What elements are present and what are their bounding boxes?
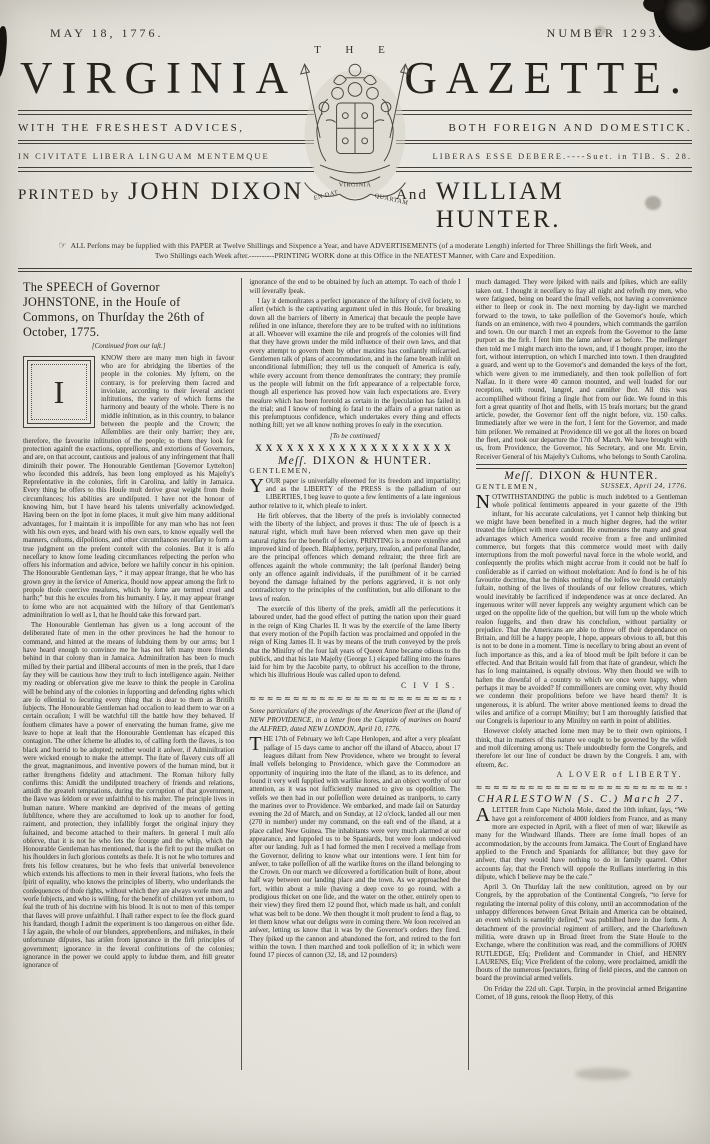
- double-rule: [18, 140, 314, 145]
- mess-prefix: Meſſ.: [504, 470, 534, 482]
- speech-continuation: ignorance of the end to be obtained by ſ…: [249, 278, 460, 295]
- continued-note: [Continued from our laſt.]: [23, 342, 234, 350]
- pointing-hand-icon: ☞: [59, 241, 67, 251]
- column-2: ignorance of the end to be obtained by ſ…: [241, 278, 467, 1070]
- letter-text: HE 17th of February we left Cape Henlope…: [249, 735, 460, 959]
- subscription-notice: ☞ALL Perſons may be ſupplied with this P…: [0, 236, 710, 265]
- new-providence-continuation: much damaged. They were ſpiked with nail…: [476, 278, 687, 461]
- drop-cap: N: [476, 493, 492, 510]
- double-rule: [396, 167, 692, 172]
- initial-letter: I: [54, 388, 65, 396]
- charlestown-paragraph: April 3. On Thurſday laſt the new conſti…: [476, 883, 687, 983]
- mess-names: DIXON & HUNTER.: [539, 470, 658, 482]
- printed-prefix: PRINTED by: [18, 187, 120, 204]
- charlestown-paragraph: A LETTER from Cape Nichola Mole, dated t…: [476, 806, 687, 881]
- column-3: much damaged. They were ſpiked with nail…: [468, 278, 694, 1070]
- double-rule: [396, 140, 692, 145]
- double-rule: [18, 110, 314, 115]
- charlestown-heading: CHARLESTOWN (S. C.) March 27.: [476, 796, 687, 804]
- news-text: LETTER from Cape Nichola Mole, dated the…: [476, 806, 687, 880]
- smudge-spot: [575, 1068, 631, 1080]
- salutation-dateline: GENTLEMEN, SUSSEX, April 24, 1776.: [476, 482, 687, 492]
- smudge-spot: [645, 196, 661, 210]
- signature-lover-of-liberty: A LOVER of LIBERTY.: [476, 771, 683, 779]
- letter-heading: Meſſ.DIXON & HUNTER.: [476, 472, 687, 480]
- speech-headline: The SPEECH of Governor JOHNSTONE, in the…: [23, 280, 234, 340]
- double-rule: [18, 167, 314, 172]
- letter-heading: Meſſ.DIXON & HUNTER.: [249, 457, 460, 465]
- masthead-title-left: VIRGINIA: [20, 52, 297, 104]
- signature-civis: C I V I S.: [249, 682, 456, 690]
- header-right-stack: BOTH FOREIGN AND DOMESTICK. LIBERAS ESSE…: [396, 108, 692, 236]
- new-providence-paragraph: THE 17th of February we left Cape Henlop…: [249, 735, 460, 959]
- scroll-ornament-row: ≈≈≈≈≈≈≈≈≈≈≈≈≈≈≈≈≈≈≈≈≈≈≈≈≈≈: [249, 693, 460, 704]
- masthead-title-right: GAZETTE.: [404, 52, 690, 104]
- subtitle-right: BOTH FOREIGN AND DOMESTICK.: [396, 117, 692, 138]
- notice-line-2: Two Shillings each Week after.----------…: [26, 251, 684, 262]
- speech-continuation: I ſay it demonſtrates a perfect ignoranc…: [249, 297, 460, 430]
- notice-text-1: ALL Perſons may be ſupplied with this PA…: [71, 241, 652, 250]
- letter-paragraph: YOUR paper is univerſally eſteemed for i…: [249, 477, 460, 510]
- mess-names: DIXON & HUNTER.: [313, 455, 432, 467]
- subtitle-left: WITH THE FRESHEST ADVICES,: [18, 117, 314, 138]
- double-rule: [476, 464, 687, 469]
- notice-line-1: ☞ALL Perſons may be ſupplied with this P…: [26, 241, 684, 252]
- coat-of-arms: EN DAT VIRGINIA QUARTAM: [291, 52, 419, 220]
- coat-of-arms-engraving: EN DAT VIRGINIA QUARTAM: [291, 52, 419, 220]
- sussex-letter-paragraph: NOTWITHSTANDING the public is much indeb…: [476, 493, 687, 725]
- double-rule: [396, 110, 692, 115]
- motto-right: LIBERAS ESSE DEBERE.----Suet. in TIB. S.…: [396, 146, 692, 165]
- printed-by-left: PRINTED by JOHN DIXON: [18, 174, 314, 208]
- crest-motto-left: EN DAT: [313, 189, 339, 202]
- letter-paragraph: The exerciſe of this liberty of the preſ…: [249, 605, 460, 680]
- issue-date: MAY 18, 1776.: [50, 26, 163, 41]
- smudge-spot: [594, 26, 606, 36]
- sussex-letter-paragraph: However cloſely attached ſome men may be…: [476, 727, 687, 768]
- column-1: The SPEECH of Governor JOHNSTONE, in the…: [16, 278, 241, 1070]
- speech-paragraph: The Honourable Gentleman has given us a …: [23, 621, 234, 969]
- ornamental-initial: I: [23, 356, 95, 428]
- letter-text: OTWITHSTANDING the public is much indebt…: [476, 493, 687, 725]
- drop-cap: A: [476, 806, 492, 823]
- to-be-continued-note: [To be continued]: [249, 432, 460, 440]
- new-providence-heading: Some particulars of the proceedings of t…: [249, 707, 460, 733]
- drop-cap: Y: [249, 477, 265, 494]
- charlestown-paragraph: On Friday the 22d ult. Capt. Turpin, in …: [476, 985, 687, 1002]
- place-date: SUSSEX, April 24, 1776.: [601, 482, 687, 492]
- columns: The SPEECH of Governor JOHNSTONE, in the…: [0, 272, 710, 1070]
- drop-cap: T: [249, 735, 263, 752]
- header-left-stack: WITH THE FRESHEST ADVICES, IN CIVITATE L…: [18, 108, 314, 236]
- crest-motto-center: VIRGINIA: [339, 181, 372, 188]
- letter-text: OUR paper is univerſally eſteemed for it…: [249, 477, 460, 510]
- newspaper-page: MAY 18, 1776. NUMBER 1293. T H E VIRGINI…: [0, 0, 710, 1144]
- printer-john-dixon: JOHN DIXON: [128, 178, 304, 206]
- motto-left: IN CIVITATE LIBERA LINGUAM MENTEMQUE: [18, 146, 314, 165]
- salutation: GENTLEMEN,: [249, 467, 460, 475]
- x-ornament-row: XXXXXXXXXXXXXXXXXXX: [249, 443, 460, 454]
- scroll-ornament-row: ≈≈≈≈≈≈≈≈≈≈≈≈≈≈≈≈≈≈≈≈≈≈≈≈≈≈: [476, 782, 687, 793]
- mess-prefix: Meſſ.: [278, 455, 308, 467]
- salutation: GENTLEMEN,: [476, 483, 539, 491]
- letter-paragraph: He firſt obſerves, that the liberty of t…: [249, 512, 460, 603]
